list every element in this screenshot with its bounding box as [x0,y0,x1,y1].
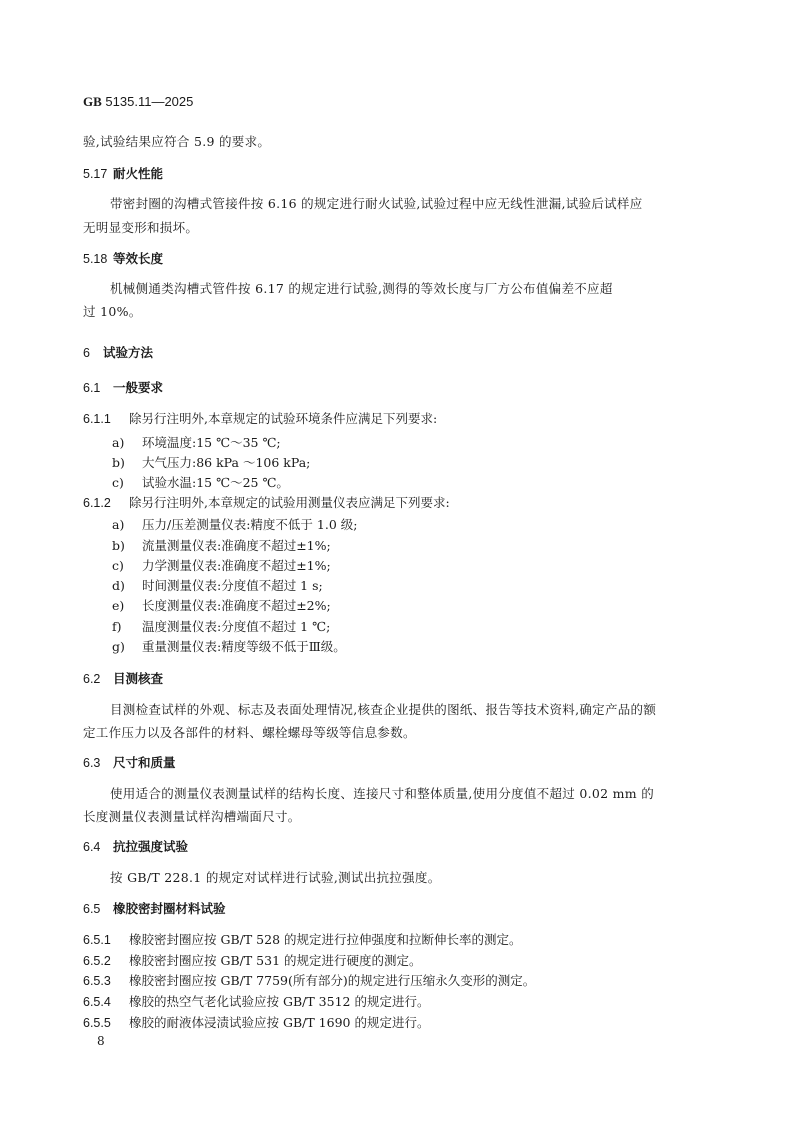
section-heading-5-18: 5.18等效长度 [83,249,163,267]
list-text: 大气压力:86 kPa ～106 kPa; [142,455,310,470]
list-item: a)压力/压差测量仪表:精度不低于 1.0 级; [112,515,357,533]
clause-text: 橡胶密封圈应按 GB/T 528 的规定进行拉伸强度和拉断伸长率的测定。 [129,932,522,947]
section-title: 等效长度 [113,252,163,266]
clause-6-5-3: 6.5.3橡胶密封圈应按 GB/T 7759(所有部分)的规定进行压缩永久变形的… [83,971,535,989]
section-heading-6-1: 6.1一般要求 [83,378,163,396]
section-heading-6-4: 6.4抗拉强度试验 [83,837,188,855]
section-title: 尺寸和质量 [113,756,176,770]
list-text: 试验水温:15 ℃～25 ℃。 [142,475,289,490]
section-number: 6.4 [83,840,113,854]
list-item: c)力学测量仪表:准确度不超过±1%; [112,556,331,574]
list-item: d)时间测量仪表:分度值不超过 1 s; [112,576,323,594]
list-text: 重量测量仪表:精度等级不低于Ⅲ级。 [142,639,346,654]
section-heading-6-3: 6.3尺寸和质量 [83,753,176,771]
paragraph-line: 带密封圈的沟槽式管接件按 6.16 的规定进行耐火试验,试验过程中应无线性泄漏,… [110,194,643,212]
clause-text: 除另行注明外,本章规定的试验环境条件应满足下列要求: [129,411,437,426]
list-label: d) [112,578,142,593]
section-title: 目测核查 [113,672,163,686]
list-text: 时间测量仪表:分度值不超过 1 s; [142,578,323,593]
clause-number: 6.5.3 [83,974,129,988]
list-item: f)温度测量仪表:分度值不超过 1 ℃; [112,617,330,635]
list-item: e)长度测量仪表:准确度不超过±2%; [112,596,331,614]
section-title: 橡胶密封圈材料试验 [113,902,226,916]
clause-number: 6.1.1 [83,412,129,426]
paragraph-line: 按 GB/T 228.1 的规定对试样进行试验,测试出抗拉强度。 [110,868,441,886]
clause-number: 6.5.4 [83,995,129,1009]
clause-number: 6.1.2 [83,496,129,510]
paragraph-line: 过 10%。 [83,302,142,320]
clause-6-5-2: 6.5.2橡胶密封圈应按 GB/T 531 的规定进行硬度的测定。 [83,951,422,969]
clause-6-1-2: 6.1.2除另行注明外,本章规定的试验用测量仪表应满足下列要求: [83,493,450,511]
clause-number: 6.5.5 [83,1016,129,1030]
document-code: GB 5135.11—2025 [83,94,193,110]
list-label: b) [112,455,142,470]
clause-6-5-4: 6.5.4橡胶的热空气老化试验应按 GB/T 3512 的规定进行。 [83,992,429,1010]
list-item: a)环境温度:15 ℃～35 ℃; [112,433,281,451]
list-item: c)试验水温:15 ℃～25 ℃。 [112,473,289,491]
list-text: 环境温度:15 ℃～35 ℃; [142,435,281,450]
section-title: 一般要求 [113,381,163,395]
section-title: 抗拉强度试验 [113,840,188,854]
clause-text: 橡胶的耐液体浸渍试验应按 GB/T 1690 的规定进行。 [129,1015,429,1030]
chapter-title: 试验方法 [103,346,153,360]
list-label: g) [112,639,142,654]
clause-number: 6.5.1 [83,933,129,947]
list-label: f) [112,619,142,634]
list-label: a) [112,517,142,532]
list-text: 长度测量仪表:准确度不超过±2%; [142,598,331,613]
section-heading-6-2: 6.2目测核查 [83,669,163,687]
section-number: 6.5 [83,902,113,916]
paragraph-line: 使用适合的测量仪表测量试样的结构长度、连接尺寸和整体质量,使用分度值不超过 0.… [110,784,654,802]
paragraph-line: 目测检查试样的外观、标志及表面处理情况,核查企业提供的图纸、报告等技术资料,确定… [110,700,656,718]
list-label: a) [112,435,142,450]
section-heading-5-17: 5.17耐火性能 [83,164,163,182]
clause-number: 6.5.2 [83,954,129,968]
clause-6-5-5: 6.5.5橡胶的耐液体浸渍试验应按 GB/T 1690 的规定进行。 [83,1013,429,1031]
paragraph-continuation: 验,试验结果应符合 5.9 的要求。 [83,132,270,150]
list-text: 力学测量仪表:准确度不超过±1%; [142,558,331,573]
list-item: g)重量测量仪表:精度等级不低于Ⅲ级。 [112,637,346,655]
section-title: 耐火性能 [113,167,163,181]
clause-text: 除另行注明外,本章规定的试验用测量仪表应满足下列要求: [129,495,450,510]
paragraph-line: 机械侧通类沟槽式管件按 6.17 的规定进行试验,测得的等效长度与厂方公布值偏差… [110,279,613,297]
clause-6-5-1: 6.5.1橡胶密封圈应按 GB/T 528 的规定进行拉伸强度和拉断伸长率的测定… [83,930,522,948]
list-item: b)流量测量仪表:准确度不超过±1%; [112,536,331,554]
list-text: 压力/压差测量仪表:精度不低于 1.0 级; [142,517,357,532]
paragraph-line: 长度测量仪表测量试样沟槽端面尺寸。 [83,807,301,825]
section-number: 6.3 [83,756,113,770]
list-label: e) [112,598,142,613]
list-label: c) [112,475,142,490]
list-text: 温度测量仪表:分度值不超过 1 ℃; [142,619,330,634]
section-number: 5.18 [83,252,113,266]
list-item: b)大气压力:86 kPa ～106 kPa; [112,453,310,471]
paragraph-line: 无明显变形和损坏。 [83,218,198,236]
list-text: 流量测量仪表:准确度不超过±1%; [142,538,331,553]
section-heading-6-5: 6.5橡胶密封圈材料试验 [83,899,226,917]
code-prefix: GB [83,94,102,109]
section-number: 6.1 [83,381,113,395]
chapter-heading-6: 6试验方法 [83,343,153,361]
page-number: 8 [97,1034,105,1048]
section-number: 6.2 [83,672,113,686]
clause-6-1-1: 6.1.1除另行注明外,本章规定的试验环境条件应满足下列要求: [83,409,437,427]
clause-text: 橡胶的热空气老化试验应按 GB/T 3512 的规定进行。 [129,994,429,1009]
clause-text: 橡胶密封圈应按 GB/T 531 的规定进行硬度的测定。 [129,953,422,968]
clause-text: 橡胶密封圈应按 GB/T 7759(所有部分)的规定进行压缩永久变形的测定。 [129,973,535,988]
code-number: 5135.11—2025 [105,94,193,109]
list-label: b) [112,538,142,553]
paragraph-line: 定工作压力以及各部件的材料、螺栓螺母等级等信息参数。 [83,723,416,741]
section-number: 5.17 [83,167,113,181]
chapter-number: 6 [83,346,103,360]
list-label: c) [112,558,142,573]
